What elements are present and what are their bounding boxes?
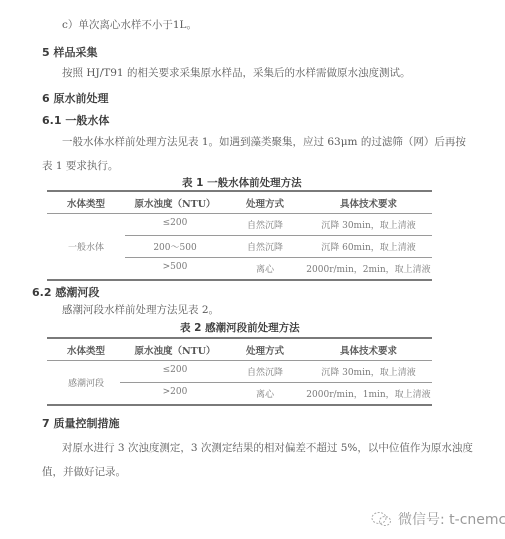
requirement-cell: 2000r/min，1min，取上清液: [305, 387, 432, 400]
table-1-bottom-rule: [47, 279, 432, 281]
section-5-paragraph: 按照 HJ/T91 的相关要求采集原水样品，采集后的水样需做原水浊度测试。: [62, 65, 410, 80]
requirement-cell: 沉降 60min，取上清液: [305, 240, 432, 253]
table-2-header-rule: [47, 360, 432, 361]
table-2-caption: 表 2 感潮河段前处理方法: [180, 320, 300, 335]
table-2-top-rule: [47, 337, 432, 339]
section-6-heading: 6 原水前处理: [42, 90, 108, 106]
section-7-heading: 7 质量控制措施: [42, 415, 119, 431]
requirement-cell: 沉降 30min，取上清液: [305, 218, 432, 231]
table-1-header-method: 处理方式: [225, 196, 305, 210]
table-2-header-water-type: 水体类型: [47, 343, 125, 357]
table-2-water-type: 感潮河段: [47, 376, 125, 389]
section-7-paragraph-line1: 对原水进行 3 次浊度测定，3 次测定结果的相对偏差不超过 5%，以中位值作为原…: [62, 440, 473, 455]
table-1-top-rule: [47, 190, 432, 192]
table-1-row-rule: [125, 257, 432, 258]
wechat-watermark: 微信号: t-cnemc: [370, 509, 505, 529]
requirement-cell: 2000r/min，2min，取上清液: [305, 262, 432, 275]
wechat-icon: [370, 511, 392, 527]
method-cell: 自然沉降: [225, 240, 305, 253]
requirement-cell: 沉降 30min，取上清液: [305, 365, 432, 378]
table-1-header-rule: [47, 213, 432, 214]
turbidity-cell: >200: [125, 387, 225, 397]
section-6-2-heading: 6.2 感潮河段: [32, 284, 99, 300]
table-1-header-turbidity: 原水浊度（NTU）: [125, 196, 225, 210]
method-cell: 自然沉降: [225, 218, 305, 231]
table-1-water-type: 一般水体: [47, 240, 125, 253]
table-2-row-rule: [120, 382, 432, 383]
table-1-row-rule: [125, 235, 432, 236]
section-6-2-paragraph: 感潮河段水样前处理方法见表 2。: [62, 302, 219, 317]
section-5-heading: 5 样品采集: [42, 44, 97, 60]
method-cell: 离心: [225, 262, 305, 275]
list-item-c: c）单次离心水样不小于1L。: [62, 17, 197, 32]
table-2-header-method: 处理方式: [225, 343, 305, 357]
table-2-bottom-rule: [47, 404, 432, 406]
section-7-paragraph-line2: 值，并做好记录。: [42, 464, 126, 479]
table-2-header-requirement: 具体技术要求: [305, 343, 432, 357]
section-6-1-paragraph-line2: 表 1 要求执行。: [42, 158, 118, 173]
table-1-caption: 表 1 一般水体前处理方法: [182, 175, 302, 190]
turbidity-cell: 200～500: [125, 240, 225, 253]
turbidity-cell: ≤200: [125, 218, 225, 228]
section-6-1-heading: 6.1 一般水体: [42, 112, 109, 128]
table-1-header-water-type: 水体类型: [47, 196, 125, 210]
turbidity-cell: ≤200: [125, 365, 225, 375]
wechat-id-label: 微信号: t-cnemc: [398, 509, 505, 529]
table-1-header-requirement: 具体技术要求: [305, 196, 432, 210]
method-cell: 自然沉降: [225, 365, 305, 378]
section-6-1-paragraph-line1: 一般水体水样前处理方法见表 1。如遇到藻类聚集，应过 63μm 的过滤筛（网）后…: [62, 134, 466, 149]
method-cell: 离心: [225, 387, 305, 400]
turbidity-cell: >500: [125, 262, 225, 272]
table-2-header-turbidity: 原水浊度（NTU）: [125, 343, 225, 357]
